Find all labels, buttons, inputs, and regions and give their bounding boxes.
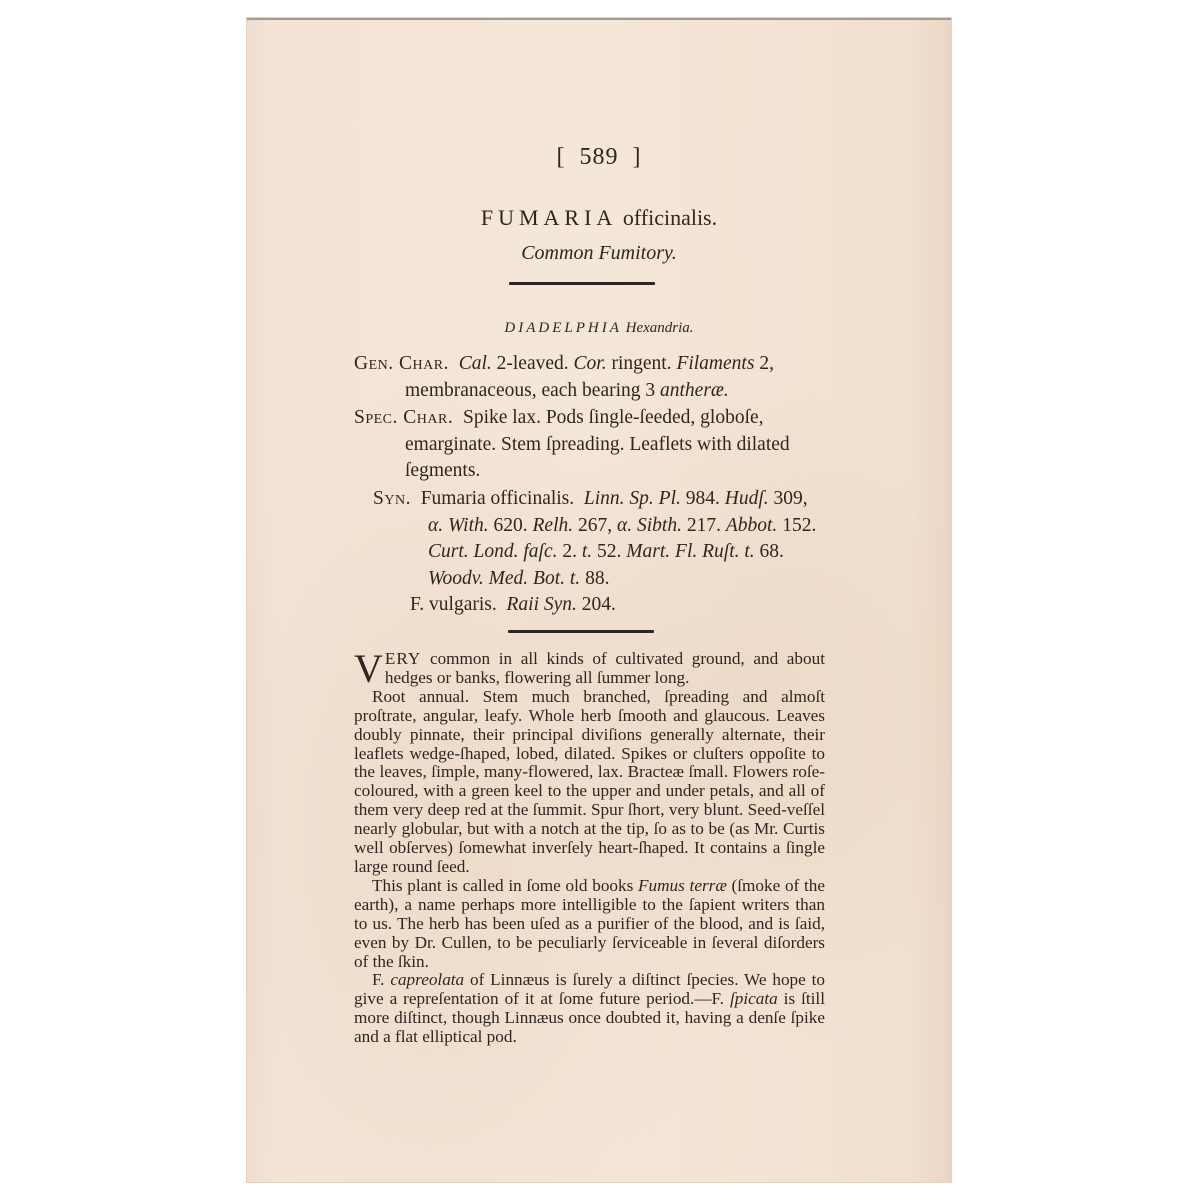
syn-ref: Hudſ.	[725, 488, 769, 509]
syn-ref: Woodv. Med. Bot. t.	[428, 568, 580, 589]
syn-ref: 309,	[769, 488, 808, 509]
paragraph: VERY common in all kinds of cultivated g…	[354, 650, 825, 688]
order-name: Hexandria.	[626, 320, 694, 336]
generic-character: Gen. Char. Cal. 2-leaved. Cor. ringent. …	[354, 351, 824, 404]
description-body: VERY common in all kinds of cultivated g…	[354, 650, 825, 1047]
gen-char-text: Cal.	[459, 353, 492, 374]
syn-ref: With.	[448, 515, 489, 536]
syn-ref: Relh.	[533, 515, 574, 536]
paragraph-text: F.	[372, 970, 390, 989]
synonym-vulgaris: F. vulgaris. Raii Syn. 204.	[410, 594, 616, 616]
gen-char-text: antheræ.	[660, 380, 729, 401]
gen-char-text: 2-leaved.	[492, 353, 574, 374]
synonymy: Syn. Fumaria officinalis. Linn. Sp. Pl. …	[354, 486, 824, 592]
paragraph: F. capreolata of Linnæus is ſurely a diſ…	[354, 971, 825, 1047]
syn-ref: Mart. Fl. Ruſt. t.	[626, 541, 754, 562]
syn-ref: 68.	[755, 541, 784, 562]
page-number: [589]	[247, 144, 951, 171]
divider-rule	[509, 282, 655, 285]
paragraph: This plant is called in ſome old books F…	[354, 877, 825, 972]
syn-ref: 984.	[681, 488, 725, 509]
title-genus: FUMARIA	[481, 205, 617, 230]
syn-ref: 2.	[557, 541, 581, 562]
syn-label: Syn.	[373, 488, 411, 509]
linnaean-classification: DIADELPHIA Hexandria.	[247, 320, 951, 337]
common-name: Common Fumitory.	[247, 242, 951, 265]
syn-ref: 267,	[573, 515, 617, 536]
syn-ref: 88.	[580, 568, 609, 589]
paragraph-text: ſpicata	[730, 989, 778, 1008]
gen-char-text: 2,	[754, 353, 774, 374]
spec-char-label: Spec. Char.	[354, 407, 453, 428]
bracket-close: ]	[633, 144, 642, 171]
title-species: officinalis.	[623, 205, 717, 230]
paragraph: Root annual. Stem much branched, ſpreadi…	[354, 688, 825, 877]
paragraph-text: This plant is called in ſome old books	[372, 876, 638, 895]
paragraph-text: capreolata	[390, 970, 464, 989]
vulgaris-name: F. vulgaris.	[410, 594, 497, 615]
vulgaris-ref-num: 204.	[577, 594, 616, 615]
syn-ref: t.	[582, 541, 592, 562]
syn-ref: α.	[428, 515, 443, 536]
vulgaris-ref: Raii Syn.	[506, 594, 576, 615]
page-title: FUMARIA officinalis.	[247, 205, 951, 231]
drop-cap: V	[354, 654, 383, 684]
syn-ref: Linn. Sp. Pl.	[584, 488, 681, 509]
spec-char-text: Spike lax. Pods ſingle-ſeeded, globoſe, …	[405, 407, 790, 481]
paragraph-text: Root annual. Stem much branched, ſpreadi…	[354, 687, 825, 876]
syn-ref: 52.	[592, 541, 626, 562]
paragraph-text: ERY	[385, 649, 421, 668]
page-number-value: 589	[580, 144, 619, 170]
paragraph-text: Fumus terræ	[638, 876, 727, 895]
syn-name: Fumaria officinalis.	[421, 488, 574, 509]
syn-ref: 620.	[489, 515, 533, 536]
gen-char-text: Cor.	[574, 353, 607, 374]
divider-rule	[508, 630, 654, 633]
syn-ref: Abbot.	[726, 515, 777, 536]
gen-char-label: Gen. Char.	[354, 353, 449, 374]
syn-ref: Curt. Lond. faſc.	[428, 541, 557, 562]
syn-ref: 217.	[682, 515, 726, 536]
gen-char-text: Filaments	[676, 353, 754, 374]
gen-char-text: membranaceous, each bearing 3	[405, 380, 660, 401]
paragraph-text: common in all kinds of cultivated ground…	[385, 649, 825, 687]
class-name: DIADELPHIA	[504, 320, 621, 336]
book-page: [589] FUMARIA officinalis. Common Fumito…	[247, 18, 951, 1182]
syn-ref: α.	[617, 515, 632, 536]
specific-character: Spec. Char. Spike lax. Pods ſingle-ſeede…	[354, 405, 824, 485]
gen-char-text: ringent.	[607, 353, 677, 374]
bracket-open: [	[557, 144, 566, 171]
syn-ref: Sibth.	[637, 515, 682, 536]
syn-ref: 152.	[777, 515, 816, 536]
